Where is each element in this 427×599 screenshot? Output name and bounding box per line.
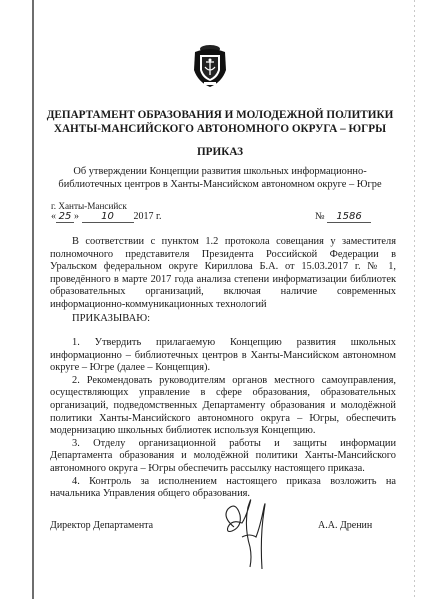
header-line-2: ХАНТЫ-МАНСИЙСКОГО АВТОНОМНОГО ОКРУГА – Ю… bbox=[40, 122, 400, 136]
date-close-quote: » bbox=[74, 211, 79, 222]
intro-paragraph: В соответствии с пунктом 1.2 протокола с… bbox=[50, 236, 396, 312]
orders-heading: ПРИКАЗЫВАЮ: bbox=[72, 313, 150, 324]
handwritten-signature-icon bbox=[220, 497, 280, 575]
date-month: 10 bbox=[82, 211, 134, 223]
order-number: № 1586 bbox=[315, 211, 371, 223]
date-day: 25 bbox=[56, 211, 74, 223]
signatory-title: Директор Департамента bbox=[50, 520, 153, 531]
order-subject: Об утверждении Концепции развития школьн… bbox=[44, 165, 396, 191]
department-header: ДЕПАРТАМЕНТ ОБРАЗОВАНИЯ И МОЛОДЕЖНОЙ ПОЛ… bbox=[40, 108, 400, 136]
order-item-3: 3. Отделу организационной работы и защит… bbox=[50, 438, 396, 476]
order-title: ПРИКАЗ bbox=[40, 146, 400, 158]
subject-line-2: библиотечных центров в Ханты-Мансийском … bbox=[44, 178, 396, 191]
subject-line-1: Об утверждении Концепции развития школьн… bbox=[44, 165, 396, 178]
order-item-2: 2. Рекомендовать руководителям органов м… bbox=[50, 375, 396, 438]
order-item-1: 1. Утвердить прилагаемую Концепцию разви… bbox=[50, 337, 396, 375]
order-items: 1. Утвердить прилагаемую Концепцию разви… bbox=[50, 337, 396, 501]
signatory-name: А.А. Дренин bbox=[318, 520, 372, 531]
order-date: «25» 102017 г. bbox=[51, 211, 161, 223]
city: г. Ханты-Мансийск bbox=[51, 201, 127, 211]
scan-right-border bbox=[414, 0, 415, 599]
date-year: 2017 г. bbox=[134, 211, 162, 222]
scan-left-border bbox=[32, 0, 34, 599]
number-label: № bbox=[315, 211, 325, 222]
header-line-1: ДЕПАРТАМЕНТ ОБРАЗОВАНИЯ И МОЛОДЕЖНОЙ ПОЛ… bbox=[40, 108, 400, 122]
coat-of-arms-icon bbox=[189, 40, 231, 90]
number-value: 1586 bbox=[327, 211, 371, 223]
